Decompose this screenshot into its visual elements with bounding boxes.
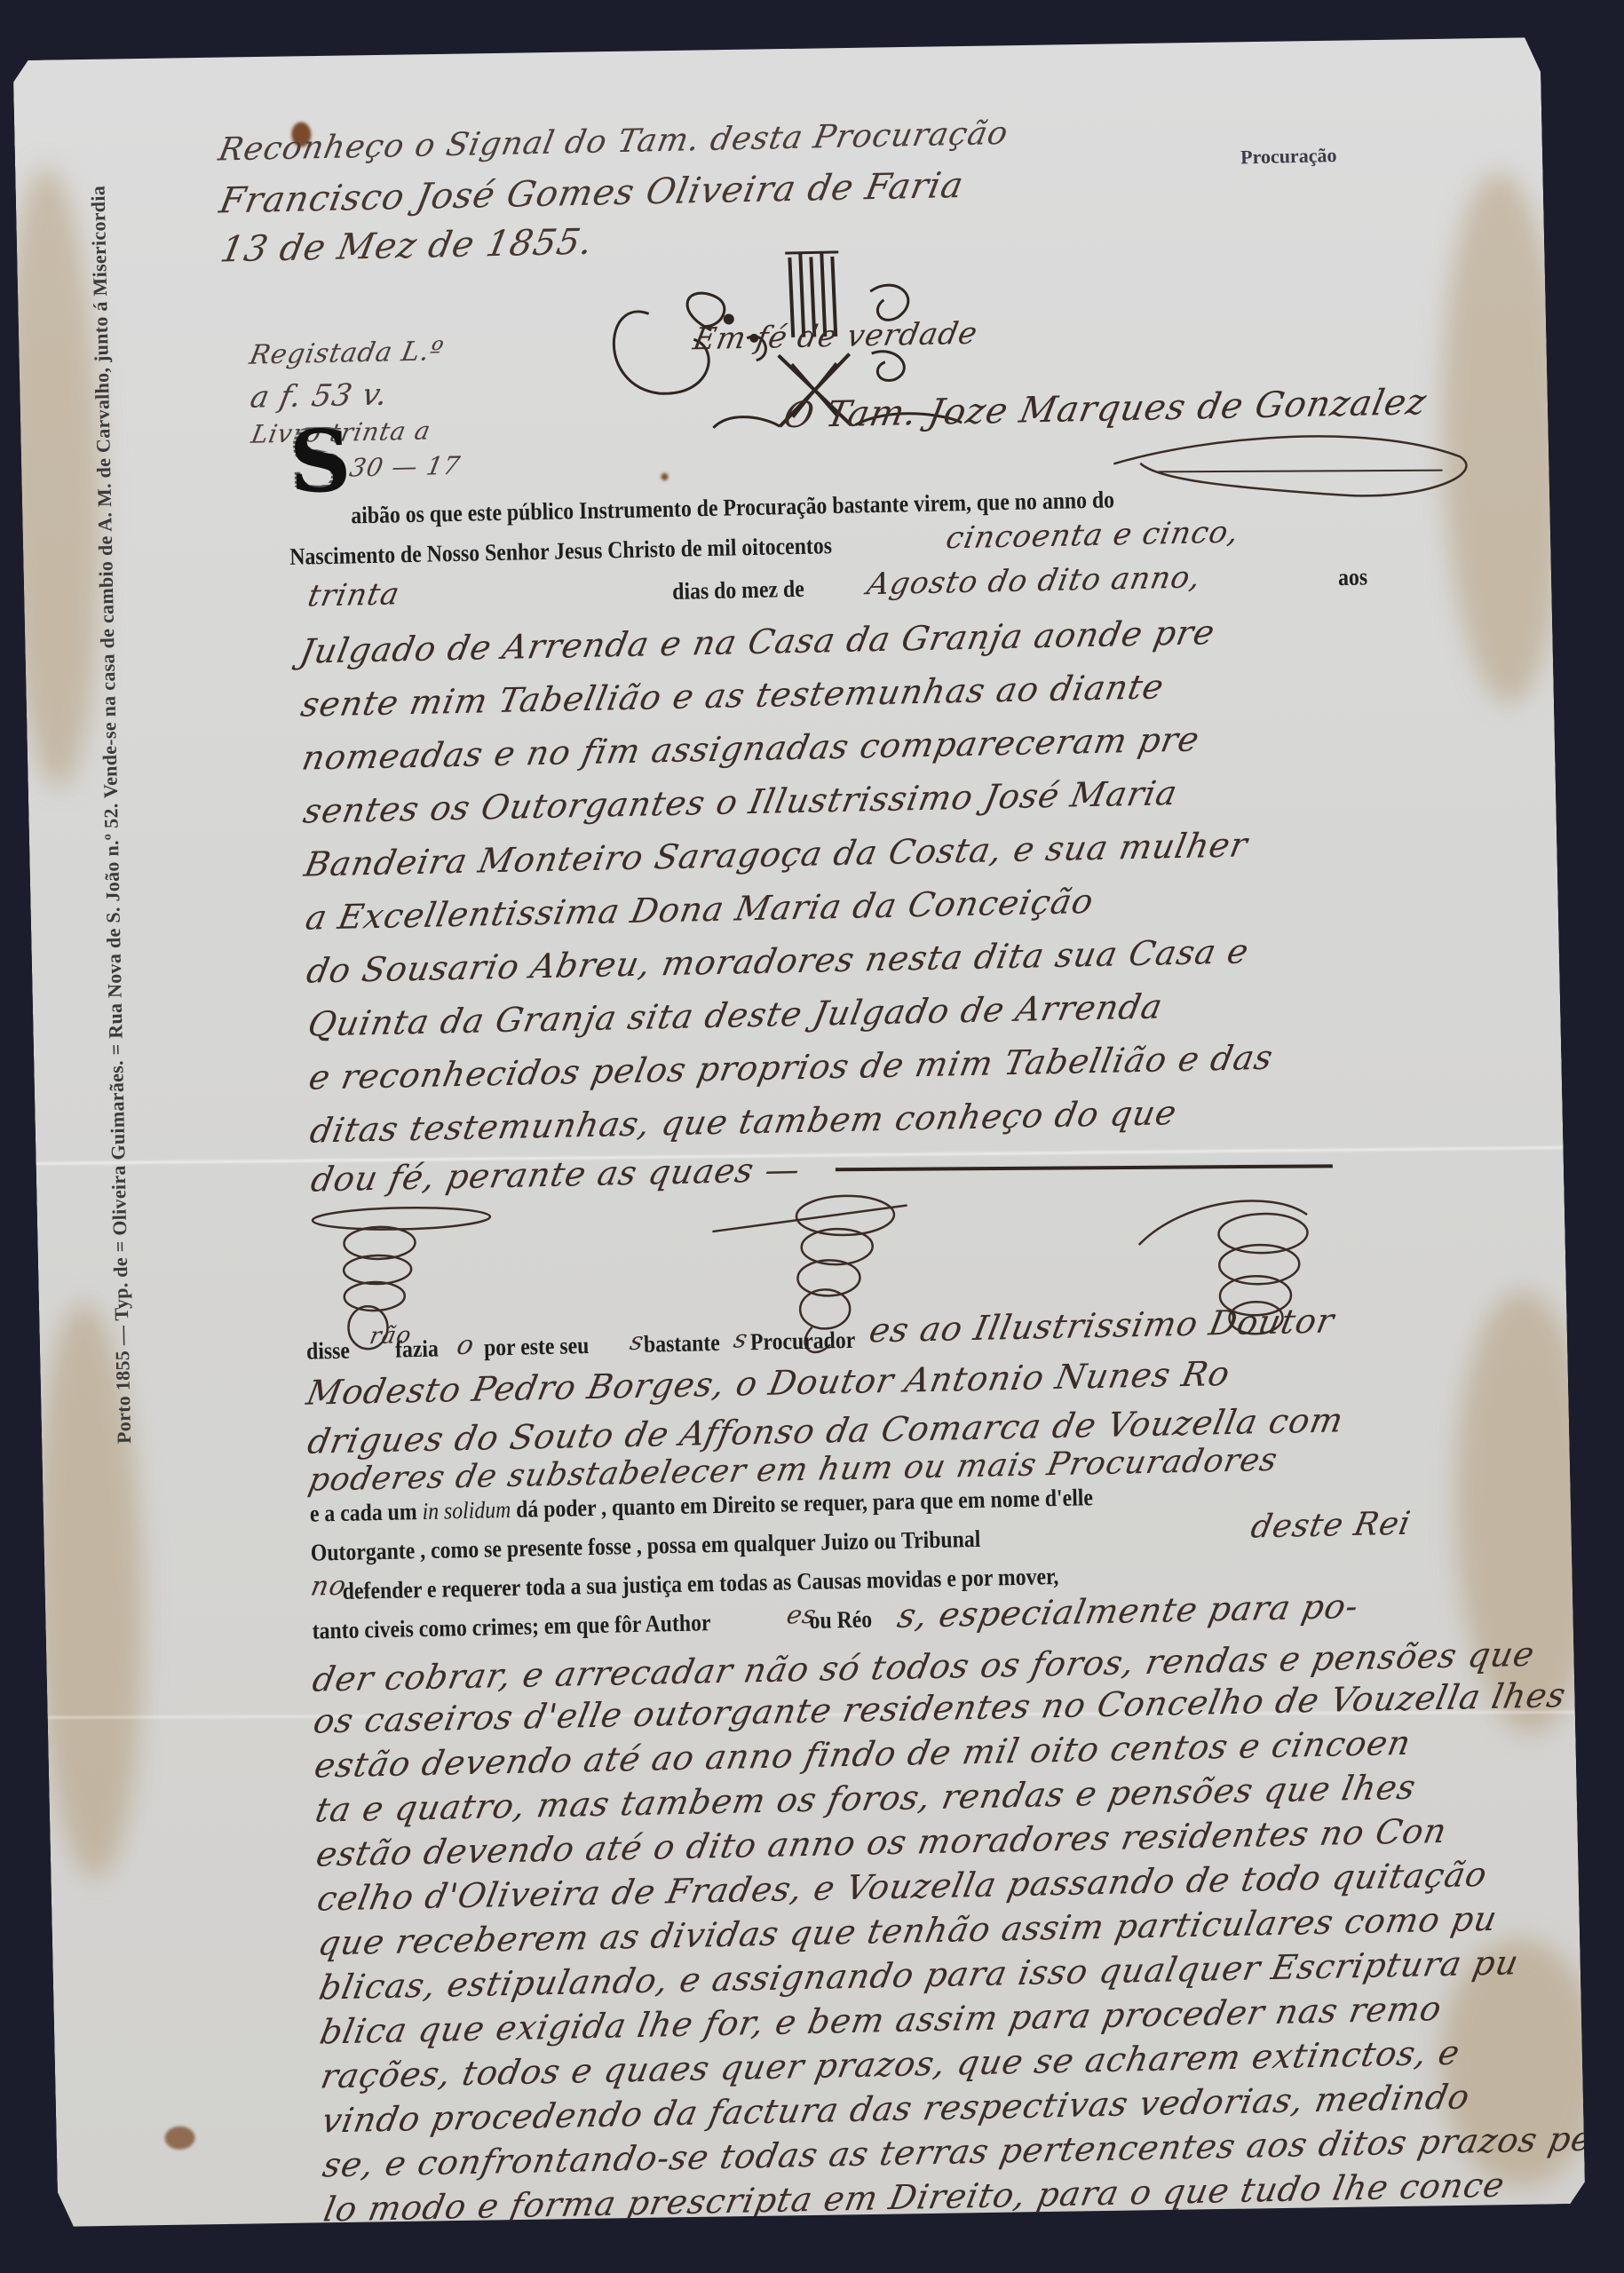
registry-note-line: 30 — 17 — [347, 451, 463, 483]
printed-middle-mid: fazia — [395, 1335, 439, 1364]
printed-middle-part: Procurador — [750, 1327, 856, 1356]
printer-imprint: Porto 1855 — Typ. de = Oliveira Guimarãe… — [87, 186, 137, 1445]
header-handwritten-line: Reconheço o Signal do Tam. desta Procura… — [216, 115, 1011, 169]
handwritten-month: Agosto do dito anno, — [864, 559, 1204, 602]
ink-spot — [164, 2126, 195, 2150]
body-line: Julgado de Arrenda e na Casa da Granja a… — [297, 613, 1218, 671]
body-line: nomeadas e no fim assignadas comparecera… — [299, 719, 1203, 777]
printed-middle-start: disse — [306, 1337, 351, 1366]
body-line: sente mim Tabellião e as testemunhas ao … — [298, 667, 1168, 725]
closing-dash — [836, 1164, 1333, 1171]
printed-middle-part: bastante — [644, 1329, 720, 1358]
handwritten-year: cincoenta e cinco, — [943, 514, 1242, 556]
handwritten-insert: s, especialmente para po- — [894, 1587, 1362, 1635]
handwritten-insert: deste Rei — [1248, 1506, 1414, 1546]
body-line: do Sousario Abreu, moradores nesta dita … — [304, 931, 1253, 990]
printed-middle-part: por este seu — [484, 1332, 590, 1361]
document-page: Porto 1855 — Typ. de = Oliveira Guimarãe… — [13, 28, 1586, 2235]
printed-opening-line-3: dias do mez de — [672, 575, 804, 606]
handwritten-insert: es ao Illustrissimo Doutor — [866, 1301, 1337, 1350]
printed-opening-line-2: Nascimento de Nosso Senhor Jesus Christo… — [289, 532, 832, 571]
body-line: e reconhecidos pelos proprios de mim Tab… — [305, 1038, 1276, 1097]
document-type-label: Procuração — [1240, 144, 1337, 169]
body-line: Quinta da Granja sita deste Julgado de A… — [305, 986, 1166, 1043]
body-line: Bandeira Monteiro Saragoça da Costa, e s… — [301, 825, 1251, 883]
printed-powers-line-2: Outorgante , como se presente fosse , po… — [310, 1525, 980, 1567]
printed-powers-line-4: tanto civeis como crimes; em que fôr Aut… — [312, 1609, 710, 1644]
signature-flourish-icon — [1104, 403, 1478, 518]
printed-italic: in solidum — [422, 1496, 511, 1525]
printed-opening-end: aos — [1338, 563, 1368, 591]
body-line: sentes os Outorgantes o Illustrissimo Jo… — [300, 773, 1181, 831]
drop-cap: S — [287, 408, 351, 510]
body-line: a Excellentissima Dona Maria da Conceiçã… — [303, 882, 1097, 938]
monogram-note: Em fé de verdade — [690, 316, 980, 358]
printed-powers-line-4b: ou Réo — [809, 1605, 872, 1634]
header-handwritten-line: 13 de Mez de 1855. — [218, 222, 597, 271]
registry-note-line: Registada L.º — [247, 336, 446, 371]
handwritten-day: trinta — [305, 576, 402, 614]
printed-text: e a cada um — [310, 1498, 423, 1527]
body-line: ditas testemunhas, que tambem conheço do… — [307, 1093, 1181, 1151]
ink-spot — [661, 473, 668, 480]
